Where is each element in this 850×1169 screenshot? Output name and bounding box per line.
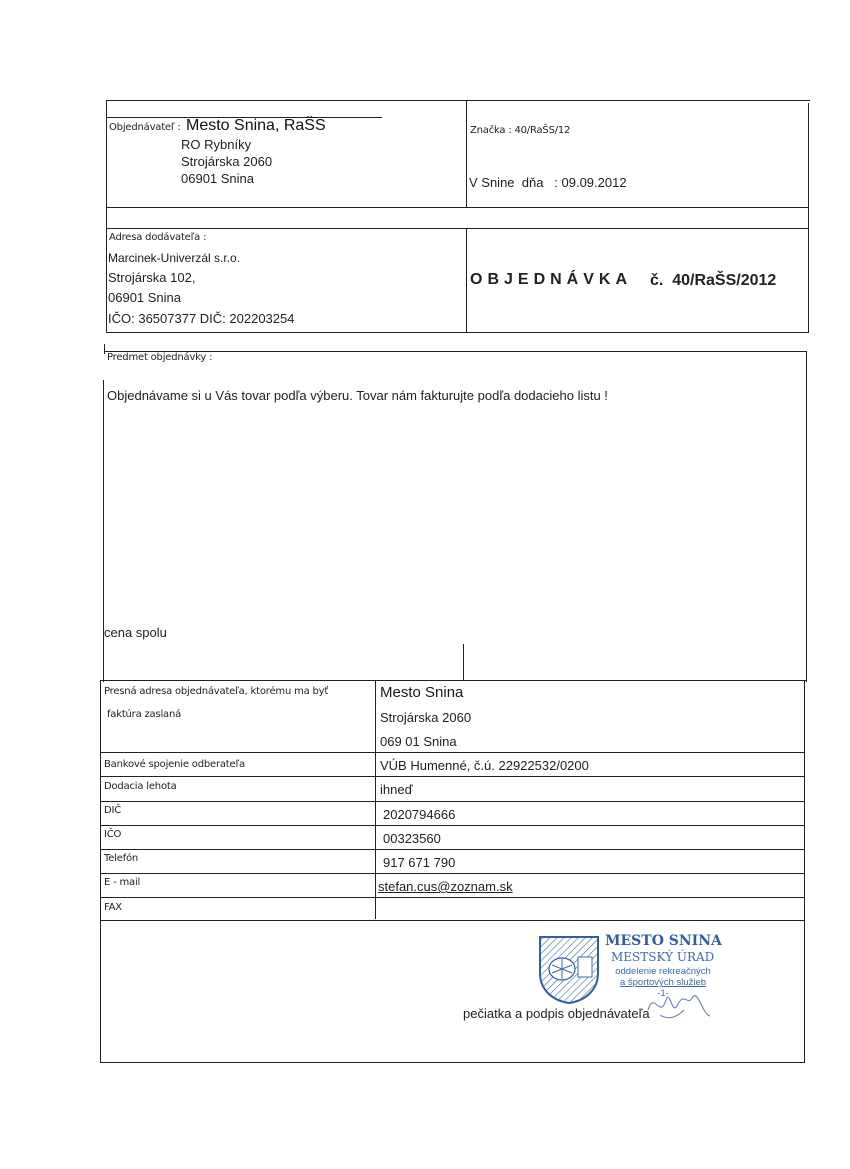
stamp-caption: pečiatka a podpis objednávateľa <box>463 1006 650 1021</box>
order-title-word: OBJEDNÁVKA <box>470 271 632 289</box>
total-label: cena spolu <box>104 625 167 640</box>
invoice-address-label: faktúra zaslaná <box>104 709 181 720</box>
ico-value: 00323560 <box>383 831 441 846</box>
orderer-label: Objednávateľ : <box>109 122 181 133</box>
email-link[interactable]: stefan.cus@zoznam.sk <box>378 879 513 894</box>
phone-value: 917 671 790 <box>383 855 455 870</box>
supplier-name: Marcinek-Univerzál s.r.o. <box>108 251 240 265</box>
subject-label: Predmet objednávky : <box>107 352 212 363</box>
phone-label: Telefón <box>104 853 138 864</box>
subject-text: Objednávame si u Vás tovar podľa výberu.… <box>107 388 608 403</box>
orderer-line: 06901 Snina <box>181 171 254 186</box>
delivery-value: ihneď <box>380 782 413 797</box>
reference-number: Značka : 40/RaŠS/12 <box>470 125 570 136</box>
invoice-address-line: Mesto Snina <box>380 684 463 701</box>
order-number: č. 40/RaŠS/2012 <box>650 272 776 290</box>
email-label: E - mail <box>104 877 140 888</box>
supplier-ids: IČO: 36507377 DIČ: 202203254 <box>108 311 294 326</box>
orderer-line: RO Rybníky <box>181 137 251 152</box>
invoice-address-label: Presná adresa objednávateľa, ktorému ma … <box>104 686 328 697</box>
invoice-address-line: Strojárska 2060 <box>380 710 471 725</box>
fax-label: FAX <box>104 902 122 913</box>
bank-value: VÚB Humenné, č.ú. 22922532/0200 <box>380 758 589 773</box>
supplier-city: 06901 Snina <box>108 290 181 305</box>
signature-icon <box>640 970 720 1025</box>
stamp-subtitle: MESTSKÝ ÚRAD <box>611 950 714 964</box>
delivery-label: Dodacia lehota <box>104 781 177 792</box>
place-date: V Snine dňa : 09.09.2012 <box>469 175 627 190</box>
orderer-name: Mesto Snina, RaŠS <box>186 117 326 135</box>
orderer-line: Strojárska 2060 <box>181 154 272 169</box>
dic-label: DIČ <box>104 805 121 816</box>
dic-value: 2020794666 <box>383 807 455 822</box>
supplier-label: Adresa dodávateľa : <box>109 232 206 243</box>
coat-of-arms-icon <box>538 935 600 1005</box>
invoice-address-line: 069 01 Snina <box>380 734 457 749</box>
bank-label: Bankové spojenie odberateľa <box>104 759 245 770</box>
stamp-title: MESTO SNINA <box>605 933 722 949</box>
ico-label: IČO <box>104 829 121 840</box>
supplier-street: Strojárska 102, <box>108 270 195 285</box>
